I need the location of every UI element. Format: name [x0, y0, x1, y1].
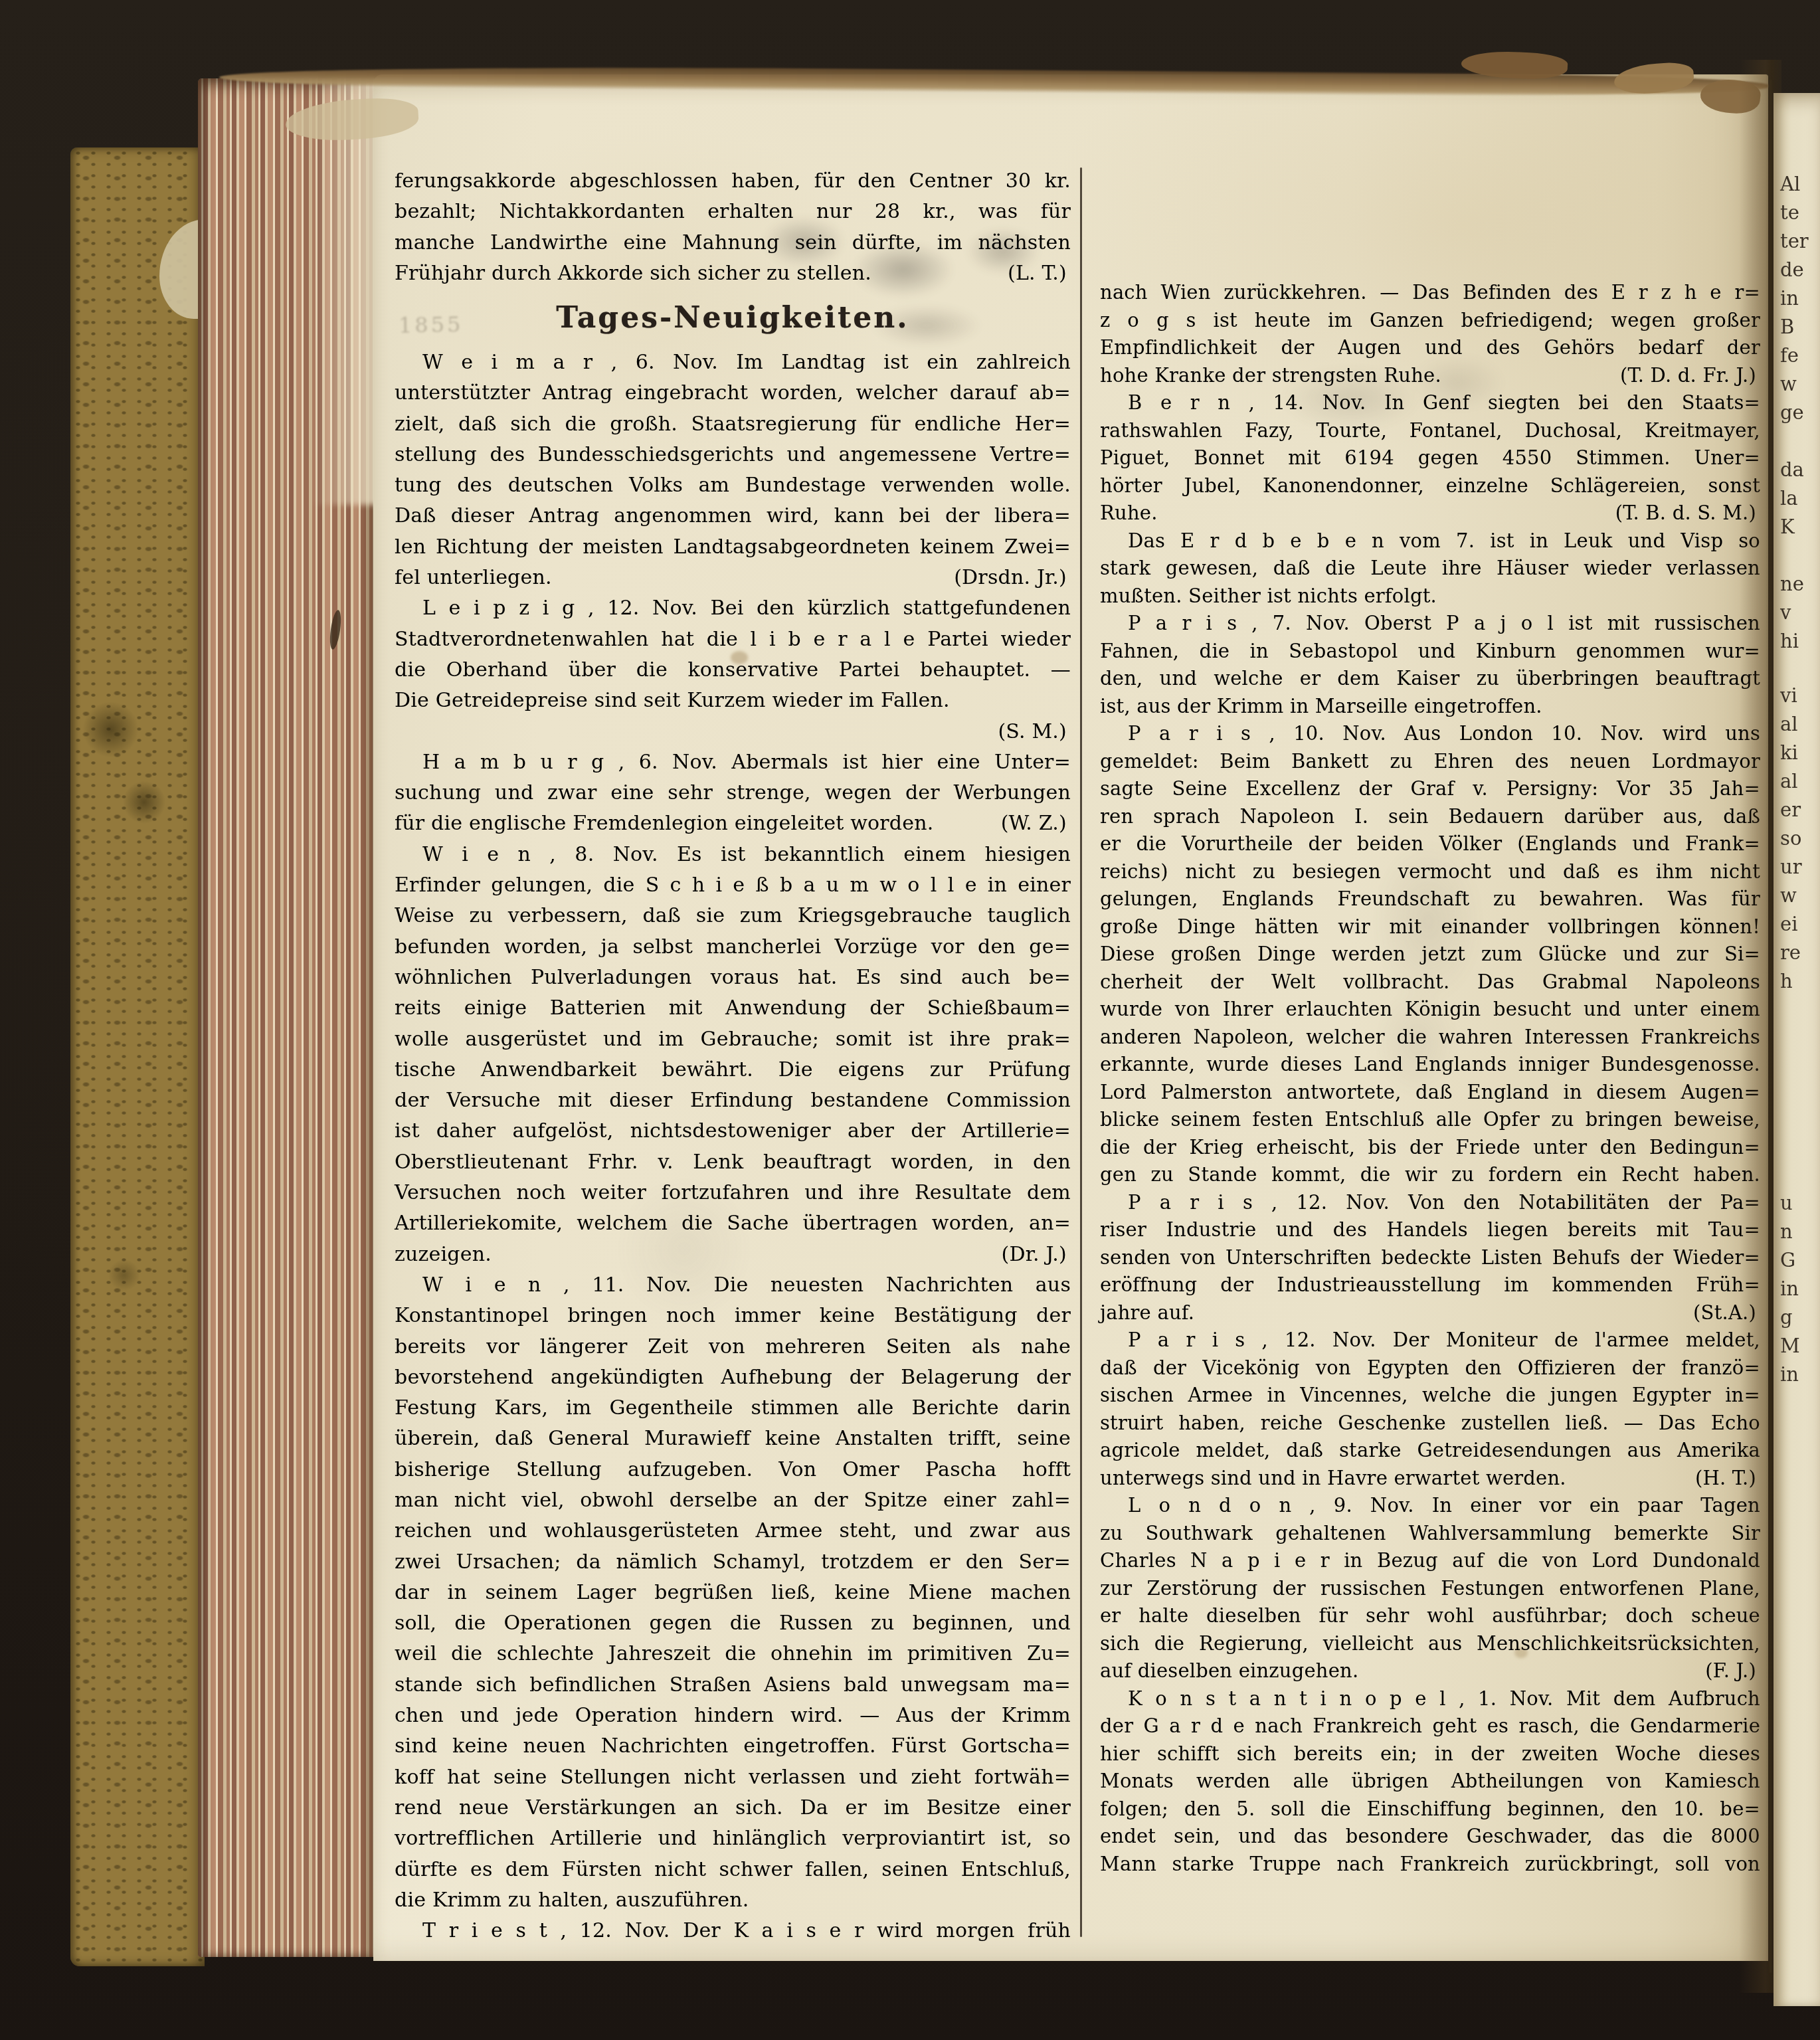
- facing-page-fragment: K: [1780, 515, 1795, 538]
- newsprint-line: Artilleriekomite, welchem die Sache über…: [395, 1208, 1071, 1239]
- newsprint-line: die der Krieg erheischt, bis der Friede …: [1100, 1134, 1760, 1162]
- newsprint-line: W i e n , 8. Nov. Es ist bekanntlich ein…: [395, 840, 1071, 870]
- newsprint-line: riser Industrie und des Handels liegen b…: [1100, 1216, 1760, 1244]
- newsprint-line: agricole meldet, daß starke Getreidesend…: [1100, 1437, 1760, 1465]
- newsprint-line: ist daher aufgelöst, nichtsdestoweniger …: [395, 1116, 1071, 1147]
- newsprint-line: tung des deutschen Volks am Bundestage v…: [395, 470, 1071, 501]
- newsprint-line: jahre auf.(St.A.): [1100, 1299, 1760, 1327]
- newsprint-line: Versuchen noch weiter fortzufahren und i…: [395, 1178, 1071, 1208]
- facing-page-fragment: hi: [1780, 630, 1799, 652]
- newsprint-line: soll, die Operationen gegen die Russen z…: [395, 1608, 1071, 1639]
- line-text: Ruhe.: [1100, 500, 1158, 527]
- newsprint-line: Ruhe.(T. B. d. S. M.): [1100, 500, 1760, 527]
- newsprint-line: Diese großen Dinge werden jetzt zum Glüc…: [1100, 941, 1760, 969]
- newsprint-line: bisherige Stellung aufzugeben. Von Omer …: [395, 1455, 1071, 1485]
- newsprint-line: sich die Regierung, vielleicht aus Mensc…: [1100, 1630, 1760, 1658]
- newsprint-line: reichs) nicht zu besiegen vermocht und d…: [1100, 858, 1760, 886]
- facing-page-fragment: w: [1780, 884, 1797, 907]
- newsprint-line: Frühjahr durch Akkorde sich sicher zu st…: [395, 258, 1071, 289]
- facing-page-fragment: in: [1780, 287, 1799, 310]
- source-tag: (S. M.): [998, 717, 1071, 747]
- newsprint-line: für die englische Fremdenlegion eingelei…: [395, 808, 1071, 839]
- right-column: nach Wien zurückkehren. — Das Befinden d…: [1100, 279, 1760, 1878]
- newsprint-line: überein, daß General Murawieff keine Ans…: [395, 1424, 1071, 1454]
- newsprint-line: L o n d o n , 9. Nov. In einer vor ein p…: [1100, 1492, 1760, 1520]
- facing-page-fragment: in: [1780, 1277, 1799, 1300]
- newsprint-line: hier schifft sich bereits ein; in der zw…: [1100, 1740, 1760, 1768]
- newsprint-line: erkannte, wurde dieses Land Englands inn…: [1100, 1051, 1760, 1079]
- newsprint-line: Lord Palmerston antwortete, daß England …: [1100, 1079, 1760, 1107]
- facing-page-fragment: h: [1780, 970, 1793, 992]
- newsprint-line: vortrefflichen Artillerie und hinlänglic…: [395, 1823, 1071, 1854]
- line-text: fel unterliegen.: [395, 563, 552, 593]
- newsprint-line: senden von Unterschriften bedeckte Liste…: [1100, 1244, 1760, 1272]
- newsprint-line: Monats werden alle übrigen Abtheilungen …: [1100, 1768, 1760, 1796]
- newsprint-line: große Dinge hätten wir mit einander voll…: [1100, 913, 1760, 941]
- facing-page-fragment: ur: [1780, 856, 1802, 878]
- line-text: für die englische Fremdenlegion eingelei…: [395, 808, 933, 839]
- facing-page-fragment: n: [1780, 1220, 1793, 1243]
- newsprint-line: den, und welche er dem Kaiser zu überbri…: [1100, 665, 1760, 693]
- newsprint-line: dar in seinem Lager begrüßen ließ, keine…: [395, 1578, 1071, 1608]
- newsprint-line: bereits vor längerer Zeit von mehreren S…: [395, 1332, 1071, 1362]
- newsprint-line: reichen und wohlausgerüsteten Armee steh…: [395, 1516, 1071, 1546]
- source-tag: (Drsdn. Jr.): [954, 563, 1071, 593]
- source-tag: (L. T.): [1008, 258, 1071, 289]
- newsprint-line: gemeldet: Beim Bankett zu Ehren des neue…: [1100, 748, 1760, 776]
- newsprint-line: gelungen, Englands Freundschaft zu bewah…: [1100, 885, 1760, 913]
- book-cover-board: [70, 147, 205, 1966]
- newsprint-line: zielt, daß sich die großh. Staatsregieru…: [395, 409, 1071, 440]
- facing-page-fragment: G: [1780, 1249, 1795, 1271]
- newsprint-line: zwei Ursachen; da nämlich Schamyl, trotz…: [395, 1547, 1071, 1578]
- newsprint-line: Konstantinopel bringen noch immer keine …: [395, 1301, 1071, 1331]
- newsprint-line: die Oberhand über die konservative Parte…: [395, 655, 1071, 686]
- newsprint-line: zur Zerstörung der russischen Festungen …: [1100, 1575, 1760, 1603]
- newsprint-line: der G a r d e nach Frankreich geht es ra…: [1100, 1713, 1760, 1740]
- facing-page-fragment: ter: [1780, 230, 1809, 252]
- newsprint-line: P a r i s , 12. Nov. Von den Notabilität…: [1100, 1189, 1760, 1217]
- facing-page-fragment: da: [1780, 458, 1804, 481]
- newsprint-line: rathswahlen Fazy, Tourte, Fontanel, Duch…: [1100, 417, 1760, 445]
- newsprint-line: endet sein, und das besondere Geschwader…: [1100, 1823, 1760, 1851]
- newsprint-line: bezahlt; Nichtakkordanten erhalten nur 2…: [395, 197, 1071, 227]
- line-text: zuzeigen.: [395, 1240, 492, 1270]
- column-rule: [1080, 167, 1082, 1937]
- newsprint-line: zuzeigen.(Dr. J.): [395, 1240, 1071, 1270]
- newsprint-line: tische Anwendbarkeit bewährt. Die eigens…: [395, 1055, 1071, 1085]
- newsprint-line: Charles N a p i e r in Bezug auf die von…: [1100, 1547, 1760, 1575]
- newsprint-line: Oberstlieutenant Frhr. v. Lenk beauftrag…: [395, 1147, 1071, 1178]
- newsprint-line: ist, aus der Krimm in Marseille eingetro…: [1100, 693, 1760, 721]
- newsprint-line: weil die schlechte Jahreszeit die ohnehi…: [395, 1639, 1071, 1669]
- newsprint-line: Piguet, Bonnet mit 6194 gegen 4550 Stimm…: [1100, 444, 1760, 472]
- newsprint-line: H a m b u r g , 6. Nov. Abermals ist hie…: [395, 747, 1071, 778]
- facing-page-fragment: ge: [1780, 401, 1804, 424]
- left-column: W e i m a r , 6. Nov. Im Landtag ist ein…: [395, 347, 1071, 1946]
- newsprint-line: Daß dieser Antrag angenommen wird, kann …: [395, 501, 1071, 531]
- facing-page-fragment: w: [1780, 373, 1797, 395]
- line-text: jahre auf.: [1100, 1299, 1194, 1327]
- newsprint-line: hohe Kranke der strengsten Ruhe.(T. D. d…: [1100, 362, 1760, 390]
- facing-page-fragment: v: [1780, 601, 1791, 624]
- newsprint-line: L e i p z i g , 12. Nov. Bei den kürzlic…: [395, 593, 1071, 624]
- newsprint-line: len Richtung der meisten Landtagsabgeord…: [395, 532, 1071, 563]
- newsprint-line: dürfte es dem Fürsten nicht schwer falle…: [395, 1855, 1071, 1885]
- facing-page-fragment: de: [1780, 258, 1804, 281]
- newsprint-line: ferungsakkorde abgeschlossen haben, für …: [395, 166, 1071, 197]
- newsprint-line: Festung Kars, im Gegentheile stimmen all…: [395, 1393, 1071, 1424]
- newsprint-line: suchung und zwar eine sehr strenge, wege…: [395, 778, 1071, 808]
- facing-page-fragment: fe: [1780, 344, 1799, 367]
- facing-page-fragment: te: [1780, 201, 1799, 224]
- newsprint-line: folgen; den 5. soll die Einschiffung beg…: [1100, 1796, 1760, 1823]
- gutter-fold-line: [1770, 80, 1772, 1973]
- newsprint-line: K o n s t a n t i n o p e l , 1. Nov. Mi…: [1100, 1685, 1760, 1713]
- newsprint-line: fel unterliegen.(Drsdn. Jr.): [395, 563, 1071, 593]
- facing-page-fragment: g: [1780, 1306, 1793, 1329]
- facing-page-fragment: vi: [1780, 684, 1797, 707]
- edge-ink-fleck: [328, 609, 343, 650]
- newsprint-line: sind keine neuen Nachrichten eingetroffe…: [395, 1731, 1071, 1762]
- facing-page-fragment: in: [1780, 1363, 1799, 1386]
- facing-page-fragment: ne: [1780, 573, 1804, 595]
- newsprint-line: daß der Vicekönig von Egypten den Offizi…: [1100, 1354, 1760, 1382]
- newsprint-line: W e i m a r , 6. Nov. Im Landtag ist ein…: [395, 347, 1071, 378]
- newsprint-line: er halte dieselben für sehr wohl ausführ…: [1100, 1602, 1760, 1630]
- newsprint-line: sagte Seine Excellenz der Graf v. Persig…: [1100, 775, 1760, 803]
- facing-page-fragment: er: [1780, 798, 1801, 821]
- line-text: hohe Kranke der strengsten Ruhe.: [1100, 362, 1441, 390]
- newsprint-line: sischen Armee in Vincennes, welche die j…: [1100, 1382, 1760, 1410]
- facing-page-fragment: B: [1780, 316, 1794, 338]
- newsprint-line: manche Landwirthe eine Mahnung sein dürf…: [395, 228, 1071, 258]
- newsprint-line: zu Southwark gehaltenen Wahlversammlung …: [1100, 1520, 1760, 1548]
- newsprint-line: wöhnlichen Pulverladungen voraus hat. Es…: [395, 963, 1071, 993]
- newsprint-line: auf dieselben einzugehen.(F. J.): [1100, 1657, 1760, 1685]
- facing-page-text-fragments: AlteterdeinBfewgedalaKnevhivialkialersou…: [1779, 0, 1819, 2040]
- newsprint-line: befunden worden, ja selbst mancherlei Vo…: [395, 932, 1071, 963]
- newsprint-line: Mann starke Truppe nach Frankreich zurüc…: [1100, 1851, 1760, 1879]
- facing-page-fragment: so: [1780, 827, 1801, 850]
- newsprint-line: wurde von Ihrer erlauchten Königin besuc…: [1100, 996, 1760, 1024]
- newsprint-line: stande sich befindlichen Straßen Asiens …: [395, 1670, 1071, 1701]
- newsprint-line: bevorstehend angekündigten Aufhebung der…: [395, 1362, 1071, 1393]
- newsprint-line: blicke seinem festen Entschluß alle Opfe…: [1100, 1106, 1760, 1134]
- line-text: unterwegs sind und in Havre erwartet wer…: [1100, 1465, 1566, 1493]
- newsprint-line: Empfindlichkeit der Augen und des Gehörs…: [1100, 334, 1760, 362]
- newsprint-line: cherheit der Welt vollbracht. Das Grabma…: [1100, 969, 1760, 996]
- facing-page-fragment: la: [1780, 487, 1798, 510]
- newsprint-line: nach Wien zurückkehren. — Das Befinden d…: [1100, 279, 1760, 307]
- newsprint-line: mußten. Seither ist nichts erfolgt.: [1100, 583, 1760, 610]
- newsprint-line: struirt haben, reiche Geschenke zustelle…: [1100, 1410, 1760, 1437]
- newsprint-line: stark gewesen, daß die Leute ihre Häuser…: [1100, 555, 1760, 583]
- newsprint-line: Die Getreidepreise sind seit Kurzem wied…: [395, 686, 1071, 716]
- newsprint-line: Weise zu verbessern, daß sie zum Kriegsg…: [395, 901, 1071, 931]
- line-text: Frühjahr durch Akkorde sich sicher zu st…: [395, 258, 871, 289]
- facing-page-fragment: al: [1780, 770, 1798, 792]
- newsprint-line: wolle ausgerüstet und im Gebrauche; somi…: [395, 1024, 1071, 1055]
- facing-page-fragment: al: [1780, 713, 1798, 735]
- newsprint-line: P a r i s , 7. Nov. Oberst P a j o l ist…: [1100, 610, 1760, 638]
- newsprint-line: z o g s ist heute im Ganzen befriedigend…: [1100, 307, 1760, 335]
- facing-page-fragment: ki: [1780, 741, 1798, 764]
- facing-page-fragment: ei: [1780, 913, 1797, 935]
- newsprint-line: Das E r d b e b e n vom 7. ist in Leuk u…: [1100, 527, 1760, 555]
- newsprint-line: chen und jede Operation hindern wird. — …: [395, 1701, 1071, 1731]
- facing-page-fragment: re: [1780, 941, 1801, 964]
- book-scan: 1855 ferungsakkorde abgeschlossen haben,…: [0, 0, 1820, 2040]
- newsprint-line: Fahnen, die in Sebastopol und Kinburn ge…: [1100, 638, 1760, 666]
- newsprint-line: P a r i s , 10. Nov. Aus London 10. Nov.…: [1100, 720, 1760, 748]
- newsprint-line: B e r n , 14. Nov. In Genf siegten bei d…: [1100, 389, 1760, 417]
- newsprint-line: Stadtverordnetenwahlen hat die l i b e r…: [395, 624, 1071, 655]
- newsprint-line: T r i e s t , 12. Nov. Der K a i s e r w…: [395, 1916, 1071, 1946]
- facing-page-fragment: u: [1780, 1192, 1793, 1214]
- newsprint-line: er die Vorurtheile der beiden Völker (En…: [1100, 830, 1760, 858]
- section-heading-wrap: Tages-Neuigkeiten.: [395, 289, 1071, 347]
- newsprint-line: koff hat seine Stellungen nicht verlasse…: [395, 1762, 1071, 1793]
- newsprint-line: Erfinder gelungen, die S c h i e ß b a u…: [395, 870, 1071, 901]
- facing-page-fragment: M: [1780, 1335, 1800, 1357]
- newsprint-line: unterstützter Antrag eingebracht worden,…: [395, 378, 1071, 409]
- left-column-top: ferungsakkorde abgeschlossen haben, für …: [395, 166, 1071, 289]
- facing-page-fragment: Al: [1780, 173, 1800, 195]
- newsprint-line: reits einige Batterien mit Anwendung der…: [395, 993, 1071, 1024]
- source-tag: (Dr. J.): [1002, 1240, 1071, 1270]
- newsprint-line: ren sprach Napoleon I. sein Bedauern dar…: [1100, 803, 1760, 831]
- newsprint-line: stellung des Bundesschiedsgerichts und a…: [395, 440, 1071, 470]
- newsprint-line: W i e n , 11. Nov. Die neuesten Nachrich…: [395, 1270, 1071, 1301]
- newsprint-line: man nicht viel, obwohl derselbe an der S…: [395, 1485, 1071, 1516]
- newsprint-line: rend neue Verstärkungen an sich. Da er i…: [395, 1793, 1071, 1823]
- newsprint-line: die Krimm zu halten, auszuführen.: [395, 1885, 1071, 1916]
- section-heading: Tages-Neuigkeiten.: [395, 289, 1071, 347]
- source-tag: (W. Z.): [1001, 808, 1071, 839]
- newsprint-line: unterwegs sind und in Havre erwartet wer…: [1100, 1465, 1760, 1493]
- newsprint-line: gen zu Stande kommt, die wir zu fordern …: [1100, 1161, 1760, 1189]
- newsprint-line: hörter Jubel, Kanonendonner, einzelne Sc…: [1100, 472, 1760, 500]
- newsprint-line: P a r i s , 12. Nov. Der Moniteur de l'a…: [1100, 1327, 1760, 1354]
- newsprint-line: eröffnung der Industrieausstellung im ko…: [1100, 1271, 1760, 1299]
- line-text: auf dieselben einzugehen.: [1100, 1657, 1358, 1685]
- source-tag-line: (S. M.): [395, 717, 1071, 747]
- newsprint-line: anderen Napoleon, welcher die wahren Int…: [1100, 1024, 1760, 1052]
- newsprint-line: der Versuche mit dieser Erfindung bestan…: [395, 1085, 1071, 1116]
